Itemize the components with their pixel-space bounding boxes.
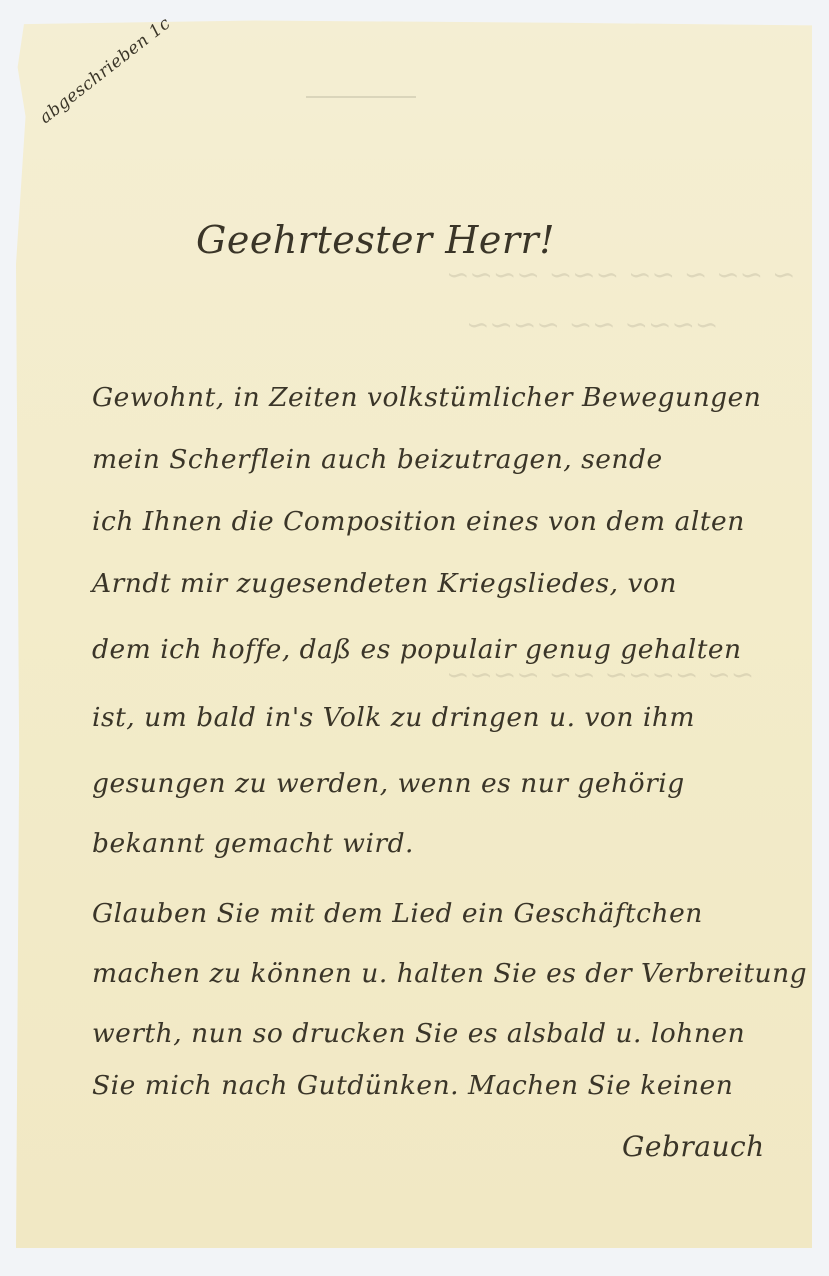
letter-paper: ~ ~~ ~ ~~ ~~~ ~~~~ ~~~~ ~~ ~~~~ ~~ ~~~~ …	[16, 18, 812, 1248]
body-line: Gewohnt, in Zeiten volkstümlicher Bewegu…	[92, 382, 761, 413]
bleed-through-text: ~~~~ ~~ ~~~~	[466, 308, 718, 341]
paper-stain	[306, 1255, 336, 1265]
body-line: ich Ihnen die Composition eines von dem …	[92, 506, 745, 537]
catchword: Gebrauch	[622, 1130, 765, 1163]
body-line: dem ich hoffe, daß es populair genug geh…	[92, 634, 742, 665]
body-line: gesungen zu werden, wenn es nur gehörig	[92, 768, 685, 799]
salutation: Geehrtester Herr!	[196, 218, 555, 262]
body-line: ist, um bald in's Volk zu dringen u. von…	[92, 702, 695, 733]
body-line: bekannt gemacht wird.	[92, 828, 414, 859]
body-line: Sie mich nach Gutdünken. Machen Sie kein…	[92, 1070, 733, 1101]
body-line: Arndt mir zugesendeten Kriegsliedes, von	[92, 568, 677, 599]
body-line: werth, nun so drucken Sie es alsbald u. …	[92, 1018, 745, 1049]
body-line: Glauben Sie mit dem Lied ein Geschäftche…	[92, 898, 703, 929]
bleed-through-text: ~ ~~ ~ ~~ ~~~ ~~~~	[446, 258, 796, 291]
body-line: machen zu können u. halten Sie es der Ve…	[92, 958, 807, 989]
bleed-through-rule	[306, 96, 416, 98]
body-line: mein Scherflein auch beizutragen, sende	[92, 444, 663, 475]
